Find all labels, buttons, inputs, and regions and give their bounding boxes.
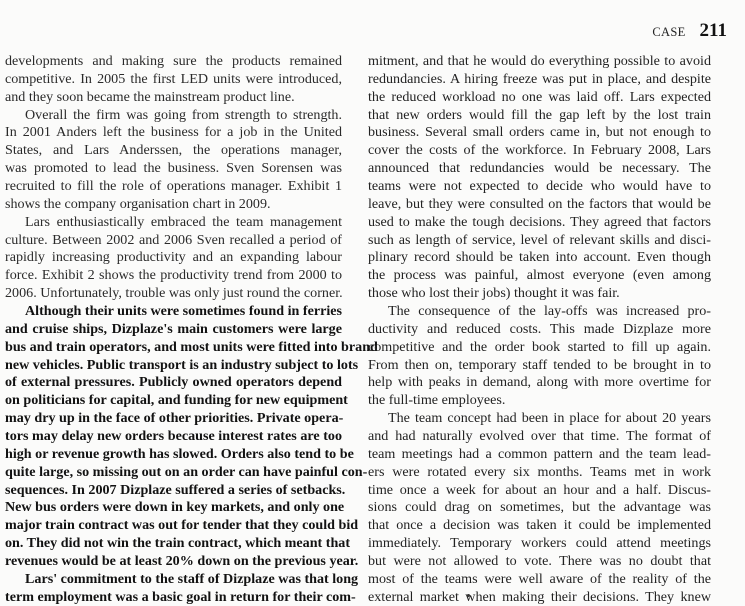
section-label: CASE [652, 25, 685, 40]
text-line: sions could drag on sometimes, but the a… [368, 499, 711, 517]
text-line: developments and making sure the product… [5, 53, 342, 71]
text-line: redundancies. A hiring freeze was put in… [368, 71, 711, 89]
text-line: major train contract was out for tender … [5, 517, 342, 535]
text-line: tors may delay new orders because intere… [5, 428, 342, 446]
text-line: was promoted to lead the business. Sven … [5, 160, 342, 178]
left-column: developments and making sure the product… [5, 53, 342, 606]
text-line: revenues would be at least 20% down on t… [5, 553, 342, 571]
paragraph-start: Overall the firm was going from strength… [5, 107, 342, 125]
text-line: most of the teams were well aware of the… [368, 571, 711, 589]
text-line: competitive. In 2005 the first LED units… [5, 71, 342, 89]
print-speck [467, 594, 470, 597]
text-line: such as length of service, level of rele… [368, 232, 711, 250]
text-line: those who lost their jobs) thought it wa… [368, 285, 711, 303]
text-line: announced that redundancies would be nec… [368, 160, 711, 178]
text-line: shows the company organisation chart in … [5, 196, 342, 214]
text-line: business. Several small orders came in, … [368, 124, 711, 142]
text-line: the reduced workload no one was laid off… [368, 89, 711, 107]
text-line: of external pressures. Publicly owned op… [5, 374, 342, 392]
text-line: term employment was a basic goal in retu… [5, 589, 342, 606]
text-line: may dry up in the face of other prioriti… [5, 410, 342, 428]
text-line: rapidly increasing productivity and an e… [5, 249, 342, 267]
text-line: help with peaks in demand, along with mo… [368, 374, 711, 392]
text-line: mitment, and that he would do everything… [368, 53, 711, 71]
text-line: the full-time employees. [368, 392, 711, 410]
text-line: and had naturally evolved over that time… [368, 428, 711, 446]
text-line: States, and Lars Anderssen, the operatio… [5, 142, 342, 160]
text-line: that once a decision was taken it could … [368, 517, 711, 535]
text-line: external market when making their decisi… [368, 589, 711, 606]
text-line: and they soon became the mainstream prod… [5, 89, 342, 107]
text-line: force. Exhibit 2 shows the productivity … [5, 267, 342, 285]
paragraph-start: Lars' commitment to the staff of Dizplaz… [5, 571, 342, 589]
text-line: leave, but they were consulted on the fa… [368, 196, 711, 214]
text-line: that new orders would fill the gap left … [368, 107, 711, 125]
text-line: bus and train operators, and most units … [5, 339, 342, 357]
running-head: CASE 211 [652, 20, 727, 42]
text-line: high or revenue growth has slowed. Order… [5, 446, 342, 464]
text-line: quite large, so missing out on an order … [5, 464, 342, 482]
text-line: plinary record should be taken into acco… [368, 249, 711, 267]
text-line: competitive and the order book started t… [368, 339, 711, 357]
paragraph-start: Lars enthusiastically embraced the team … [5, 214, 342, 232]
text-line: but were not allowed to vote. There was … [368, 553, 711, 571]
text-line: and cruise ships, Dizplaze's main custom… [5, 321, 342, 339]
text-line: the process was painful, almost everyone… [368, 267, 711, 285]
text-line: cover the costs of the workforce. In Feb… [368, 142, 711, 160]
text-line: ers were rotated every six months. Teams… [368, 464, 711, 482]
paragraph-start: Although their units were sometimes foun… [5, 303, 342, 321]
text-line: immediately. Temporary workers could att… [368, 535, 711, 553]
text-line: used to make the tough decisions. They a… [368, 214, 711, 232]
text-line: on. They did not win the train contract,… [5, 535, 342, 553]
text-line: ductivity and reduced costs. This made D… [368, 321, 711, 339]
page-number: 211 [700, 20, 727, 42]
text-line: New bus orders were down in key markets,… [5, 499, 342, 517]
text-line: From then on, temporary staff tended to … [368, 357, 711, 375]
text-line: In 2001 Anders left the business for a j… [5, 124, 342, 142]
text-line: new vehicles. Public transport is an ind… [5, 357, 342, 375]
text-line: sequences. In 2007 Dizplaze suffered a s… [5, 482, 342, 500]
text-line: recruited to fill the role of operations… [5, 178, 342, 196]
text-line: teams were not expected to decide who wo… [368, 178, 711, 196]
paragraph-start: The consequence of the lay-offs was incr… [368, 303, 711, 321]
text-line: on politicians for capital, and funding … [5, 392, 342, 410]
text-line: 2006. Unfortunately, trouble was only ju… [5, 285, 342, 303]
text-line: team meetings had a common pattern and t… [368, 446, 711, 464]
right-column: mitment, and that he would do everything… [368, 53, 711, 606]
text-line: culture. Between 2002 and 2006 Sven reca… [5, 232, 342, 250]
paragraph-start: The team concept had been in place for a… [368, 410, 711, 428]
text-line: time once a week for about an hour and a… [368, 482, 711, 500]
